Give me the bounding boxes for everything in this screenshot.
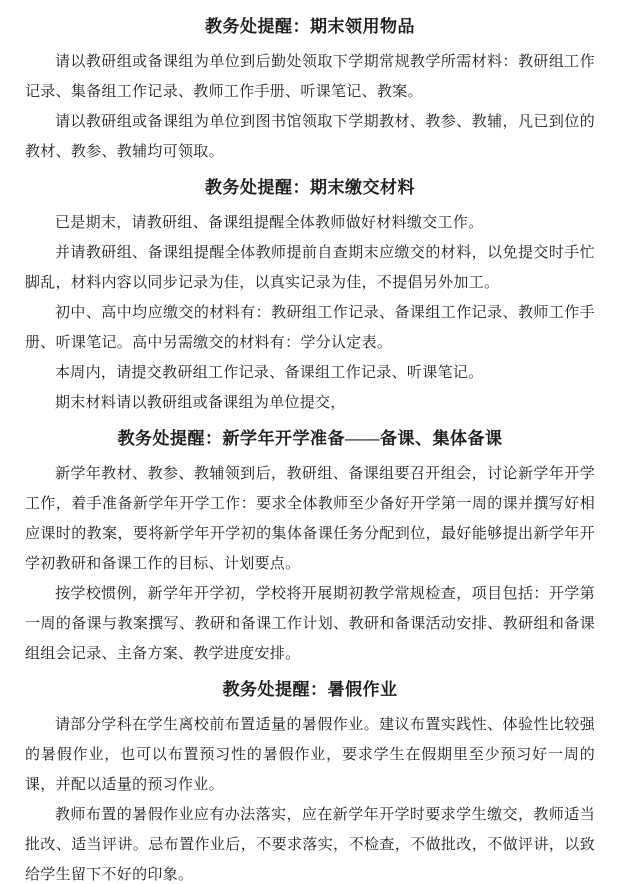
paragraph: 请部分学科在学生离校前布置适量的暑假作业。建议布置实践性、体验性比较强的暑假作业… <box>25 710 595 800</box>
paragraph: 请以教研组或备课组为单位到图书馆领取下学期教材、教参、教辅，凡已到位的教材、教参… <box>25 107 595 167</box>
paragraph: 新学年教材、教参、教辅领到后，教研组、备课组要召开组会，讨论新学年开学工作，着手… <box>25 459 595 579</box>
section-heading: 教务处提醒：期末领用物品 <box>25 10 595 44</box>
section-heading: 教务处提醒：期末缴交材料 <box>25 171 595 205</box>
paragraph: 并请教研组、备课组提醒全体教师提前自查期末应缴交的材料，以免提交时手忙脚乱，材料… <box>25 238 595 298</box>
paragraph: 教师布置的暑假作业应有办法落实，应在新学年开学时要求学生缴交，教师适当批改、适当… <box>25 800 595 884</box>
paragraph: 本周内，请提交教研组工作记录、备课组工作记录、听课笔记。 <box>25 358 595 388</box>
paragraph: 初中、高中均应缴交的材料有：教研组工作记录、备课组工作记录、教师工作手册、听课笔… <box>25 298 595 358</box>
paragraph: 已是期末，请教研组、备课组提醒全体教师做好材料缴交工作。 <box>25 208 595 238</box>
paragraph: 请以教研组或备课组为单位到后勤处领取下学期常规教学所需材料：教研组工作记录、集备… <box>25 47 595 107</box>
section-end-of-term-materials: 教务处提醒：期末缴交材料 已是期末，请教研组、备课组提醒全体教师做好材料缴交工作… <box>25 171 595 418</box>
section-heading: 教务处提醒：暑假作业 <box>25 673 595 707</box>
paragraph: 期末材料请以教研组或备课组为单位提交， <box>25 388 595 418</box>
paragraph: 按学校惯例，新学年开学初，学校将开展期初教学常规检查，项目包括：开学第一周的备课… <box>25 579 595 669</box>
section-end-of-term-supplies: 教务处提醒：期末领用物品 请以教研组或备课组为单位到后勤处领取下学期常规教学所需… <box>25 10 595 167</box>
document-page: 教务处提醒：期末领用物品 请以教研组或备课组为单位到后勤处领取下学期常规教学所需… <box>0 0 622 884</box>
section-heading: 教务处提醒：新学年开学准备——备课、集体备课 <box>25 422 595 456</box>
section-new-term-preparation: 教务处提醒：新学年开学准备——备课、集体备课 新学年教材、教参、教辅领到后，教研… <box>25 422 595 669</box>
section-summer-homework: 教务处提醒：暑假作业 请部分学科在学生离校前布置适量的暑假作业。建议布置实践性、… <box>25 673 595 884</box>
